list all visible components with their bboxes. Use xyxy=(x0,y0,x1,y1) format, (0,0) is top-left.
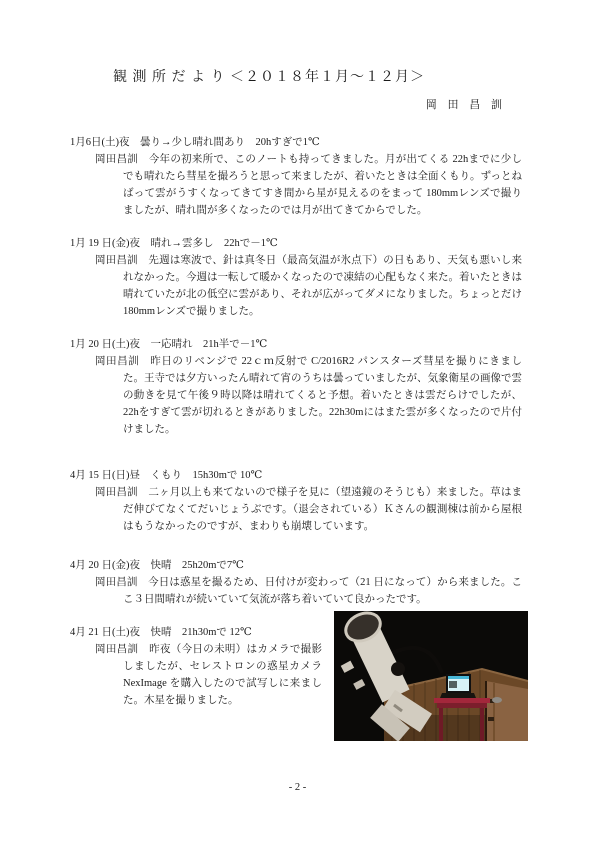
entry-apr20: 4月 20 日(金)夜 快晴 25h20mで7℃ 岡田昌訓 今日は惑星を撮るため… xyxy=(70,557,522,608)
entry-body: 岡田昌訓 今日は惑星を撮るため、日付けが変わって（21 日になって）から来ました… xyxy=(123,574,522,608)
entry-date-line: 4月 21 日(土)夜 快晴 21h30mで 12℃ xyxy=(70,624,322,641)
document-page: 観 測 所 だ よ り ＜２０１８年１月～１２月＞ 岡 田 昌 訓 1月6日(土… xyxy=(0,0,595,842)
entry-date-line: 1月 20 日(土)夜 一応晴れ 21h半で－1℃ xyxy=(70,336,522,353)
entry-date-line: 4月 20 日(金)夜 快晴 25h20mで7℃ xyxy=(70,557,522,574)
entry-text-column: 4月 21 日(土)夜 快晴 21h30mで 12℃ 岡田昌訓 昨夜（今日の未明… xyxy=(70,624,322,709)
entry-body: 岡田昌訓 昨夜（今日の未明）はカメラで撮影しましたが、セレストロンの惑星カメラ … xyxy=(123,641,322,709)
page-title: 観 測 所 だ よ り ＜２０１８年１月～１２月＞ xyxy=(113,66,522,86)
author-name: 岡 田 昌 訓 xyxy=(70,96,522,112)
entry-date-line: 1月6日(土)夜 曇り→少し晴れ間あり 20hすぎで1℃ xyxy=(70,134,522,151)
entry-jan6: 1月6日(土)夜 曇り→少し晴れ間あり 20hすぎで1℃ 岡田昌訓 今年の初来所… xyxy=(70,134,522,219)
entry-date-line: 1月 19 日(金)夜 晴れ→雲多し 22hで－1℃ xyxy=(70,235,522,252)
observatory-door xyxy=(486,681,528,741)
entry-apr15: 4月 15 日(日)昼 くもり 15h30mで 10℃ 岡田昌訓 二ヶ月以上も来… xyxy=(70,467,522,535)
entry-jan20: 1月 20 日(土)夜 一応晴れ 21h半で－1℃ 岡田昌訓 昨日のリベンジで … xyxy=(70,336,522,438)
diary-entries: 1月6日(土)夜 曇り→少し晴れ間あり 20hすぎで1℃ 岡田昌訓 今年の初来所… xyxy=(70,134,522,741)
page-number: - 2 - xyxy=(0,782,595,793)
entry-jan19: 1月 19 日(金)夜 晴れ→雲多し 22hで－1℃ 岡田昌訓 先週は寒波で、針… xyxy=(70,235,522,320)
entry-date-line: 4月 15 日(日)昼 くもり 15h30mで 10℃ xyxy=(70,467,522,484)
entry-body: 岡田昌訓 今年の初来所で、このノートも持ってきました。月が出てくる 22hまでに… xyxy=(123,151,522,219)
entry-body: 岡田昌訓 二ヶ月以上も来てないので様子を見に（望遠鏡のそうじも）来ました。草はま… xyxy=(123,484,522,535)
entry-body: 岡田昌訓 先週は寒波で、針は真冬日（最高気温が氷点下）の日もあり、天気も悪いし来… xyxy=(123,252,522,320)
observatory-photo xyxy=(334,611,528,741)
entry-apr21: 4月 21 日(土)夜 快晴 21h30mで 12℃ 岡田昌訓 昨夜（今日の未明… xyxy=(70,624,522,741)
computer-mouse xyxy=(492,697,502,703)
entry-body: 岡田昌訓 昨日のリベンジで 22ｃｍ反射で C/2016R2 パンスターズ彗星を… xyxy=(123,353,522,438)
